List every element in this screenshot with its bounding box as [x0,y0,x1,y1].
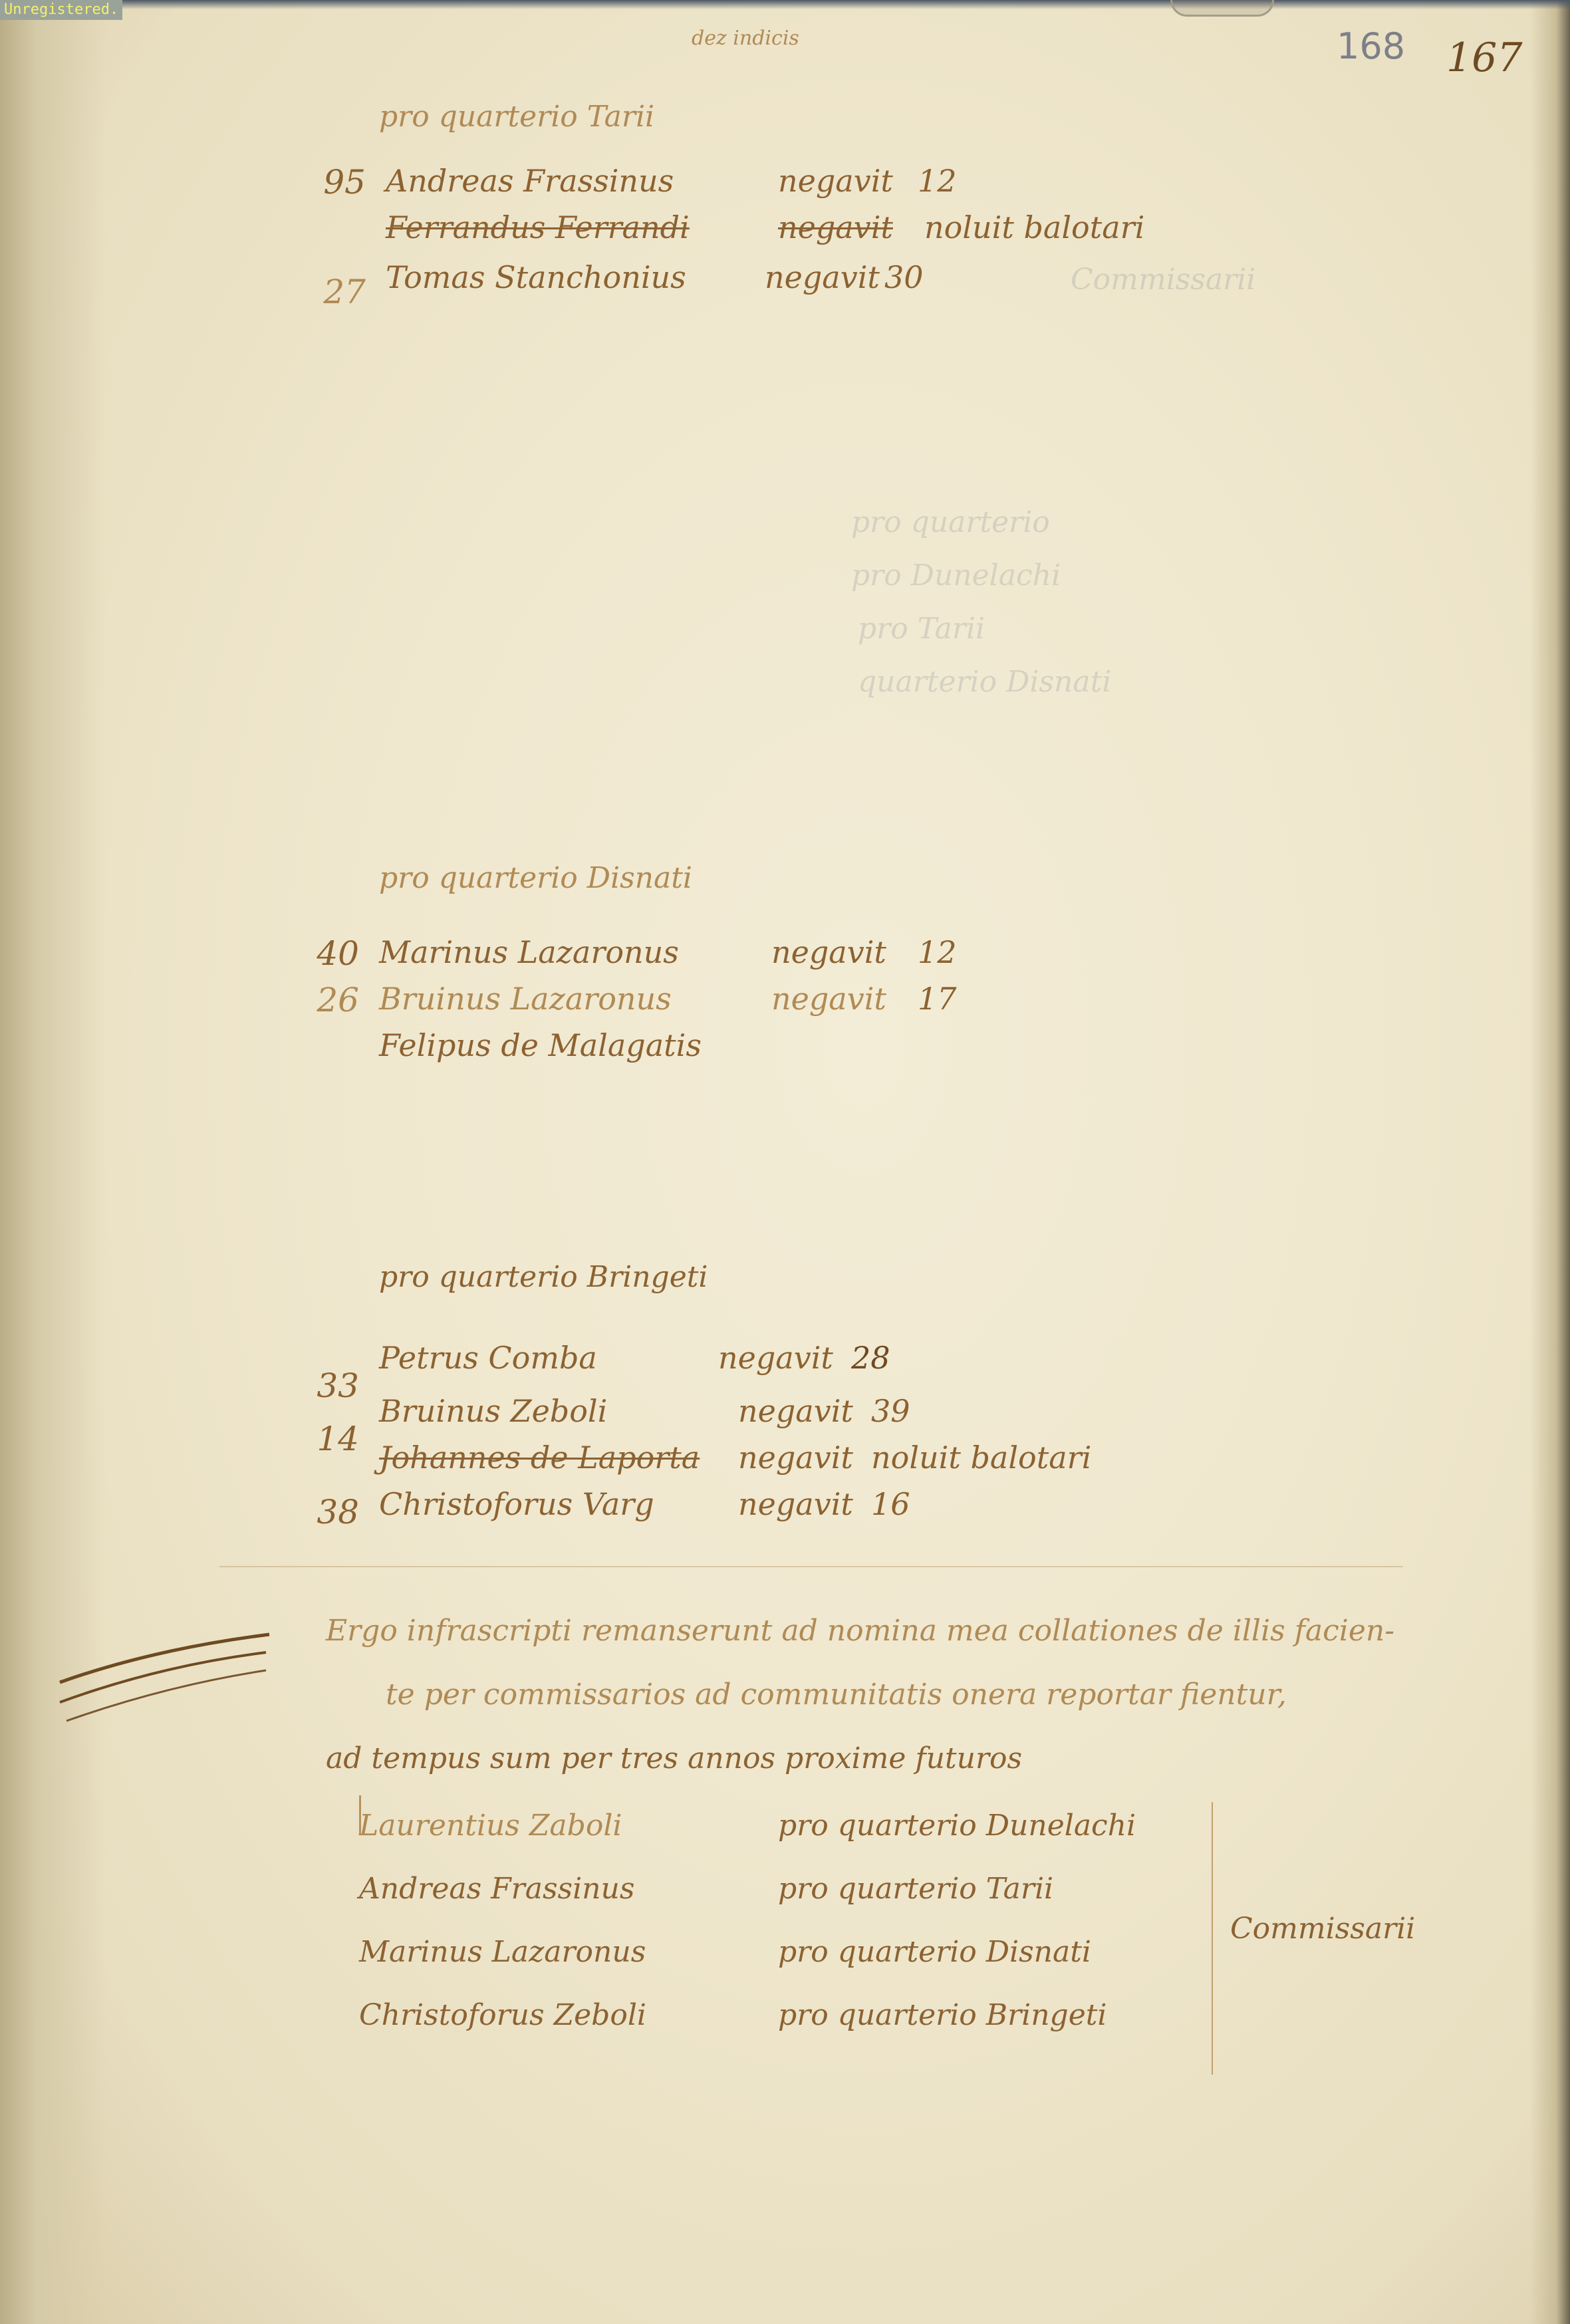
page-top-edge [0,0,1570,9]
binding-gutter-shadow [0,0,106,2324]
unregistered-watermark: Unregistered. [0,0,122,20]
folio-number-pencil: 168 [1337,25,1405,67]
quarter-label: pro quarterio Bringeti [778,1998,1107,2032]
vote-verb: negavit [771,981,886,1017]
horizontal-rule [219,1566,1403,1567]
person-name: Tomas Stanchonius [386,259,686,295]
vote-verb: negavit [771,934,886,970]
person-name: Ferrandus Ferrandi [386,209,690,245]
ballot-number: 26 [279,981,359,1019]
bleed-through-text: pro quarterio [851,505,1050,539]
section-title: pro quarterio Disnati [379,861,692,895]
commission-role-label: Commissarii [1230,1912,1415,1946]
section-title: pro quarterio Bringeti [379,1260,708,1294]
person-name: Christoforus Varg [379,1486,654,1522]
ballot-number: 38 [279,1493,359,1531]
ballot-number: 27 [286,273,366,311]
person-name: Felipus de Malagatis [379,1027,702,1063]
margin-mark-icon [53,1622,279,1729]
vote-verb: negavit [765,259,880,295]
person-name: Bruinus Zeboli [379,1393,607,1429]
manuscript-page: Unregistered. Commissarii pro quarterio … [0,0,1570,2324]
person-name: Marinus Lazaronus [359,1935,646,1969]
quarter-label: pro quarterio Tarii [778,1872,1053,1906]
person-name: Petrus Comba [379,1340,597,1376]
folio-number-ink: 167 [1446,35,1523,81]
ballot-number: 33 [279,1366,359,1405]
quarter-label: pro quarterio Dunelachi [778,1809,1136,1843]
bleed-through-text: pro Dunelachi [851,559,1061,592]
paragraph-line: ad tempus sum per tres annos proxime fut… [326,1727,1456,1791]
vote-verb: negavit [738,1486,853,1522]
quarter-label: pro quarterio Disnati [778,1935,1091,1969]
resolution-paragraph: Ergo infrascripti remanserunt ad nomina … [326,1599,1456,1791]
top-edge-stain [1170,0,1274,17]
bleed-through-text: quarterio Disnati [858,665,1111,699]
ballot-number: 40 [279,934,359,973]
person-name: Christoforus Zeboli [359,1998,646,2032]
vote-count: 39 [871,1393,910,1429]
person-name: Marinus Lazaronus [379,934,679,970]
vote-count: 30 [884,259,924,295]
vote-count: 12 [918,934,957,970]
bleed-through-text: pro Tarii [858,612,985,646]
person-name: Bruinus Lazaronus [379,981,672,1017]
vote-verb: negavit [738,1440,853,1476]
vote-verb: negavit [778,163,893,199]
row-note: noluit balotari [871,1440,1091,1476]
vote-count: 28 [851,1340,890,1376]
vote-count: 16 [871,1486,910,1522]
paragraph-line: Ergo infrascripti remanserunt ad nomina … [326,1599,1456,1663]
person-name: Johannes de Laporta [379,1440,700,1476]
row-note: noluit balotari [924,209,1144,245]
vote-verb: negavit [718,1340,833,1376]
bleed-through-text: Commissarii [1071,263,1255,297]
person-name: Andreas Frassinus [359,1872,634,1906]
running-head: dez indicis [692,27,799,50]
vote-verb: negavit [738,1393,853,1429]
ballot-number: 14 [279,1420,359,1458]
person-name: Laurentius Zaboli [359,1809,622,1843]
paragraph-line: te per commissarios ad communitatis oner… [386,1663,1516,1727]
vote-count: 17 [918,981,957,1017]
ballot-number: 95 [286,163,366,201]
page-right-edge [1530,0,1570,2324]
vote-count: 12 [918,163,957,199]
section-title: pro quarterio Tarii [379,100,654,134]
vote-verb: negavit [778,209,893,245]
vertical-divider [1212,1802,1213,2075]
person-name: Andreas Frassinus [386,163,674,199]
